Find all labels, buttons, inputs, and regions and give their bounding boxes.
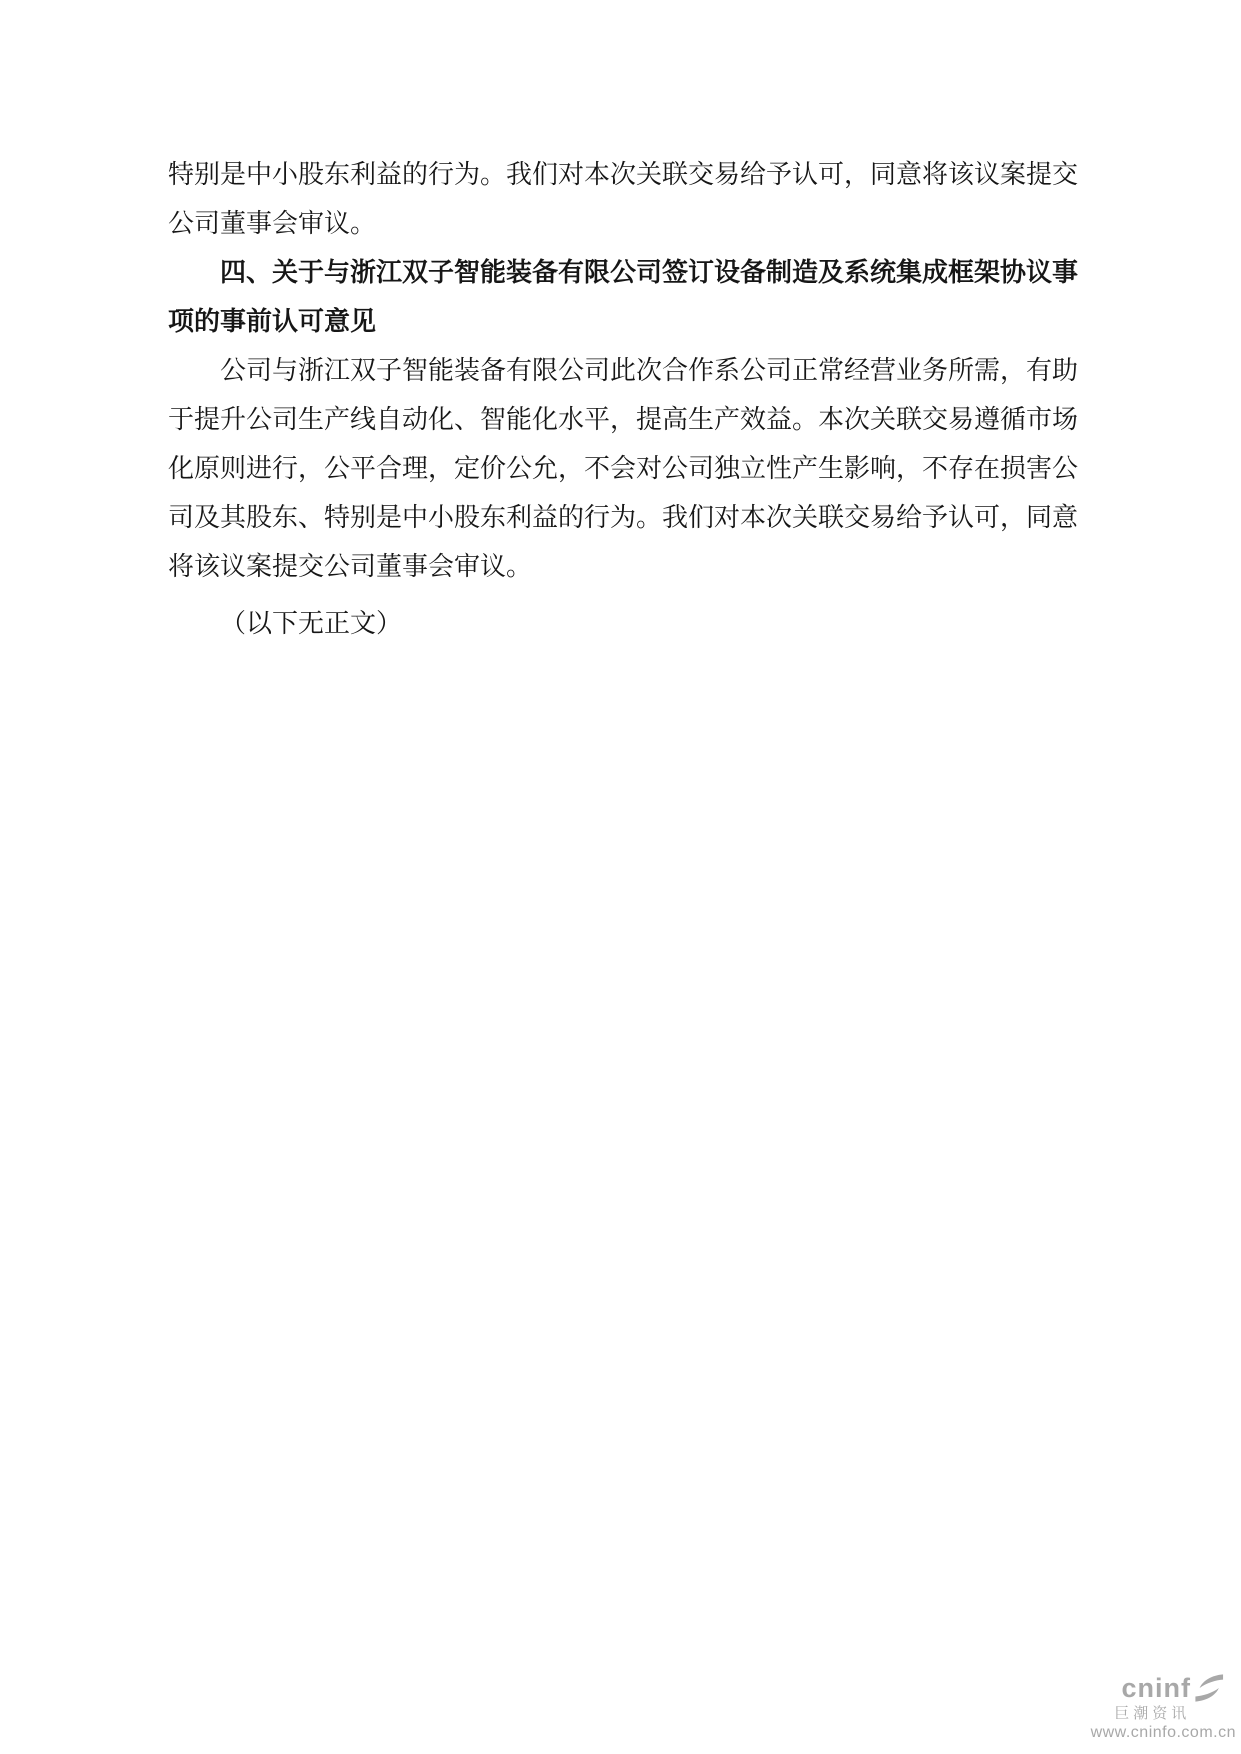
cninfo-logo: cninf — [1091, 1673, 1236, 1703]
section-heading-line: 四、关于与浙江双子智能装备有限公司签订设备制造及系统集成框架协议事 — [168, 248, 1084, 297]
text-line: 于提升公司生产线自动化、智能化水平，提高生产效益。本次关联交易遵循市场 — [168, 395, 1084, 444]
document-text-block: 特别是中小股东利益的行为。我们对本次关联交易给予认可，同意将该议案提交 公司董事… — [168, 150, 1084, 648]
cninfo-logo-text: cninf — [1122, 1675, 1192, 1702]
cninfo-url: www.cninfo.com.cn — [1091, 1725, 1236, 1741]
cninfo-watermark: cninf 巨潮资讯 www.cninfo.com.cn — [1091, 1673, 1236, 1741]
closing-note: （以下无正文） — [168, 599, 1084, 648]
cninfo-chinese-name: 巨潮资讯 — [1091, 1706, 1236, 1721]
text-line: 化原则进行，公平合理，定价公允，不会对公司独立性产生影响，不存在损害公 — [168, 444, 1084, 493]
text-line: 将该议案提交公司董事会审议。 — [168, 542, 1084, 591]
document-page: 特别是中小股东利益的行为。我们对本次关联交易给予认可，同意将该议案提交 公司董事… — [0, 0, 1241, 1754]
text-line: 司及其股东、特别是中小股东利益的行为。我们对本次关联交易给予认可，同意 — [168, 493, 1084, 542]
text-line: 公司与浙江双子智能装备有限公司此次合作系公司正常经营业务所需，有助 — [168, 346, 1084, 395]
cninfo-swoosh-icon — [1194, 1673, 1224, 1703]
text-line: 公司董事会审议。 — [168, 199, 1084, 248]
section-heading-line: 项的事前认可意见 — [168, 297, 1084, 346]
text-line: 特别是中小股东利益的行为。我们对本次关联交易给予认可，同意将该议案提交 — [168, 150, 1084, 199]
